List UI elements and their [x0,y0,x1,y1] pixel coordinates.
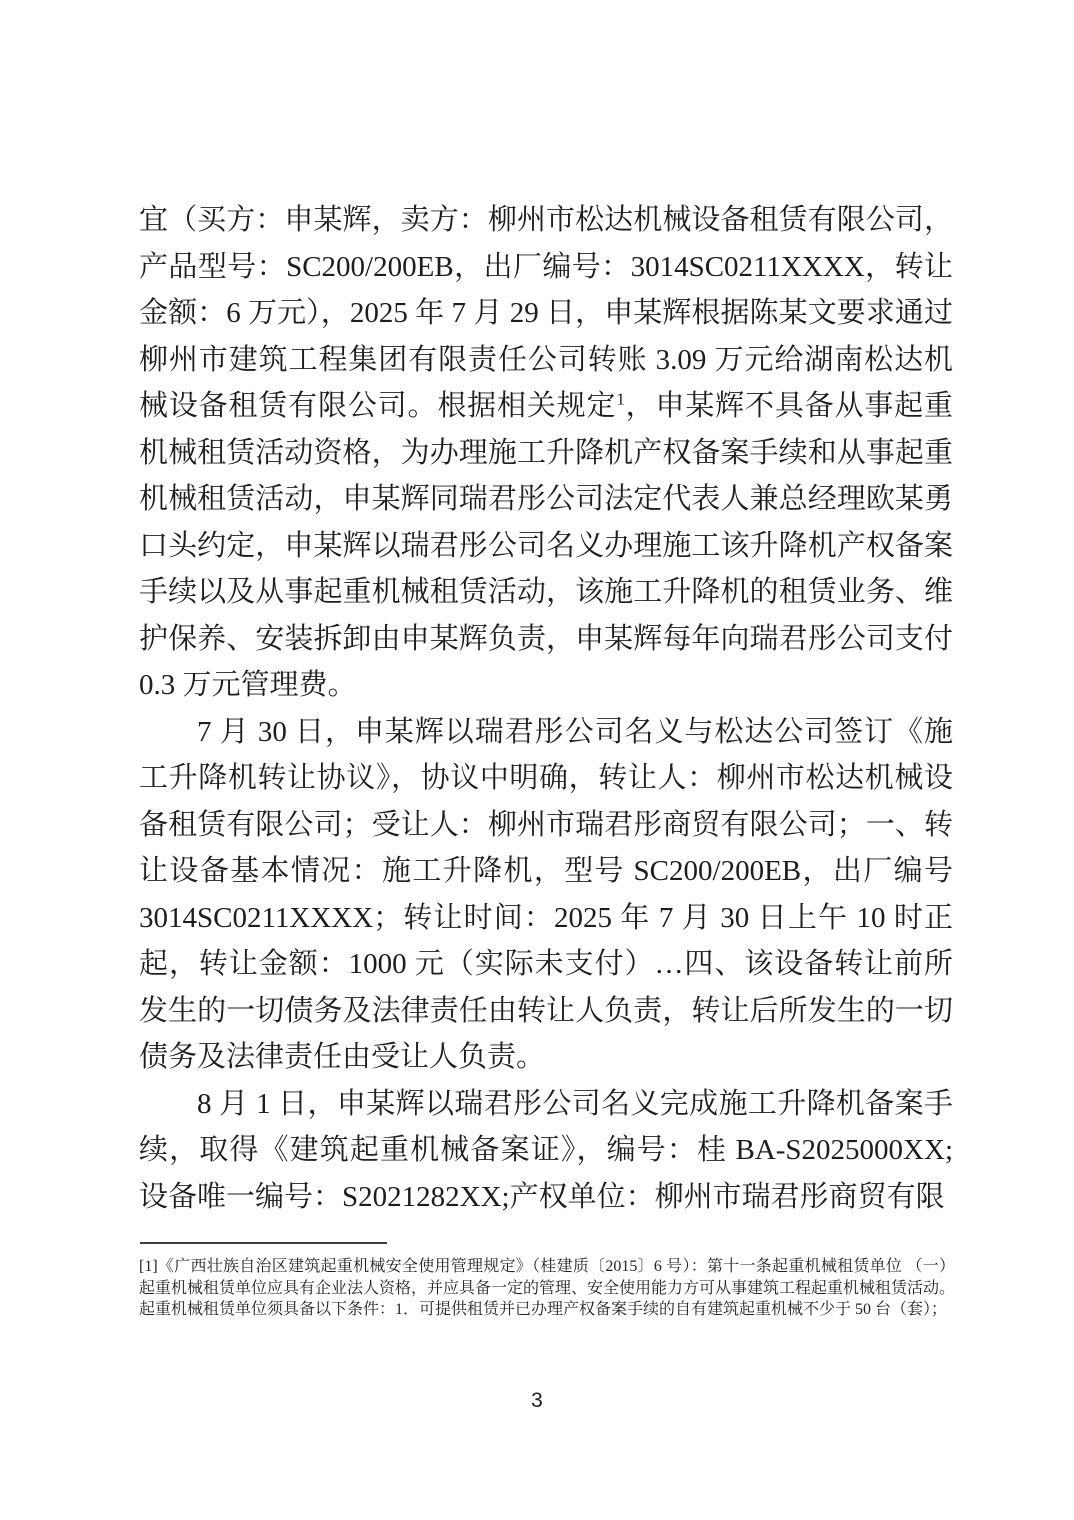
paragraph-2: 7 月 30 日，申某辉以瑞君彤公司名义与松达公司签订《施工升降机转让协议》，协… [139,709,953,1081]
page-number: 3 [0,1389,1074,1413]
footnote-1: [1]《广西壮族自治区建筑起重机械安全使用管理规定》（桂建质〔2015〕6 号）… [139,1256,955,1321]
footnote-separator [140,1242,387,1244]
paragraph-1-text-after-ref: ，申某辉不具备从事起重机械租赁活动资格，为办理施工升降机产权备案手续和从事起重机… [139,390,953,701]
paragraph-1: 宜（买方：申某辉，卖方：柳州市松达机械设备租赁有限公司，产品型号：SC200/2… [139,197,953,709]
document-body: 宜（买方：申某辉，卖方：柳州市松达机械设备租赁有限公司，产品型号：SC200/2… [139,197,953,1220]
document-page: 宜（买方：申某辉，卖方：柳州市松达机械设备租赁有限公司，产品型号：SC200/2… [0,0,1074,1520]
footnote-reference-1: 1 [616,389,625,408]
paragraph-3: 8 月 1 日，申某辉以瑞君彤公司名义完成施工升降机备案手续，取得《建筑起重机械… [139,1081,953,1221]
footnote-1-text: 《广西壮族自治区建筑起重机械安全使用管理规定》（桂建质〔2015〕6 号）：第十… [139,1258,955,1318]
footnote-1-marker: [1] [139,1258,158,1275]
